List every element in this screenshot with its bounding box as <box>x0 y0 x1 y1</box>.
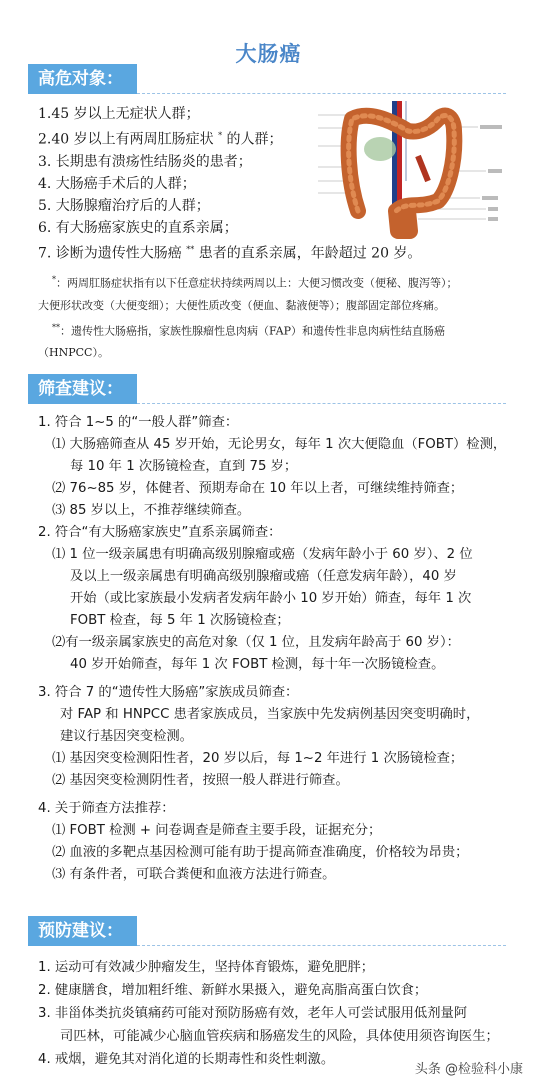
list-item: 开始（或比家族最小发病者发病年龄小 10 岁开始）筛查，每年 1 次 <box>38 588 506 610</box>
colon-anatomy-image <box>318 101 530 239</box>
watermark: 头条 @检验科小康 <box>415 1058 523 1077</box>
section-title: 筛查建议： <box>28 374 137 404</box>
list-item: 对 FAP 和 HNPCC 患者家族成员，当家族中先发病例基因突变明确时， <box>38 704 506 726</box>
list-item: ⑵ 基因突变检测阴性者，按照一般人群进行筛查。 <box>38 770 506 792</box>
footnote-1-cont: 大便形状改变（大便变细）；大便性质改变（便血、黏液便等）；腹部固定部位疼痛。 <box>38 295 508 317</box>
list-item: 每 10 年 1 次肠镜检查，直到 75 岁； <box>38 456 506 478</box>
list-item: ⑴ FOBT 检测 + 问卷调查是筛查主要手段，证据充分； <box>38 820 506 842</box>
section-header-screening: 筛查建议： <box>28 374 506 404</box>
section-header-prevention: 预防建议： <box>28 916 506 946</box>
list-item: ⑵有一级亲属家族史的高危对象（仅 1 位，且发病年龄高于 60 岁）： <box>38 632 506 654</box>
footnote-2: **：遗传性大肠癌指，家族性腺瘤性息肉病（FAP）和遗传性非息肉病性结直肠癌 <box>38 317 508 343</box>
list-item: ⑵ 血液的多靶点基因检测可能有助于提高筛查准确度，价格较为昂贵； <box>38 842 506 864</box>
list-item: FOBT 检查，每 5 年 1 次肠镜检查； <box>38 610 506 632</box>
footnote-2-cont: （HNPCC）。 <box>38 342 508 364</box>
list-item: ⑶ 有条件者，可联合粪便和血液方法进行筛查。 <box>38 864 506 886</box>
section-header-high-risk: 高危对象： <box>28 64 506 94</box>
prevention-list: 1. 运动可有效减少肿瘤发生，坚持体育锻炼，避免肥胖； 2. 健康膳食，增加粗纤… <box>38 956 499 1071</box>
list-item: 4. 关于筛查方法推荐： <box>38 798 506 820</box>
list-item: ⑴ 1 位一级亲属患有明确高级别腺瘤或癌（发病年龄小于 60 岁）、2 位 <box>38 544 506 566</box>
list-item: 司匹林，可能减少心脑血管疾病和肠癌发生的风险，具体使用须咨询医生； <box>38 1025 499 1048</box>
list-item: 3. 非甾体类抗炎镇痛药可能对预防肠癌有效，老年人可尝试服用低剂量阿 <box>38 1002 499 1025</box>
list-item: ⑶ 85 岁以上，不推荐继续筛查。 <box>38 500 506 522</box>
list-item: ⑵ 76~85 岁，体健者、预期寿命在 10 年以上者，可继续维持筛查； <box>38 478 506 500</box>
section-title: 预防建议： <box>28 916 137 946</box>
footnotes: *：两周肛肠症状指有以下任意症状持续两周以上：大便习惯改变（便秘、腹泻等）； 大… <box>38 269 508 364</box>
list-item: 7. 诊断为遗传性大肠癌 ** 患者的直系亲属，年龄超过 20 岁。 <box>38 239 421 265</box>
section-title: 高危对象： <box>28 64 137 94</box>
dashed-divider <box>137 93 506 94</box>
list-item: 3. 符合 7 的“遗传性大肠癌”家族成员筛查： <box>38 682 506 704</box>
list-item: 40 岁开始筛查，每年 1 次 FOBT 检测，每十年一次肠镜检查。 <box>38 654 506 676</box>
list-item: ⑴ 大肠癌筛查从 45 岁开始，无论男女，每年 1 次大便隐血（FOBT）检测， <box>38 434 506 456</box>
list-item: 1. 运动可有效减少肿瘤发生，坚持体育锻炼，避免肥胖； <box>38 956 499 979</box>
dashed-divider <box>137 403 506 404</box>
list-item: 1. 符合 1~5 的“一般人群”筛查： <box>38 412 506 434</box>
screening-list: 1. 符合 1~5 的“一般人群”筛查： ⑴ 大肠癌筛查从 45 岁开始，无论男… <box>38 412 506 886</box>
list-item: 及以上一级亲属患有明确高级别腺瘤或癌（任意发病年龄），40 岁 <box>38 566 506 588</box>
list-item: 建议行基因突变检测。 <box>38 726 506 748</box>
dashed-divider <box>137 945 506 946</box>
footnote-1: *：两周肛肠症状指有以下任意症状持续两周以上：大便习惯改变（便秘、腹泻等）； <box>38 269 508 295</box>
list-item: ⑴ 基因突变检测阳性者，20 岁以后，每 1~2 年进行 1 次肠镜检查； <box>38 748 506 770</box>
list-item: 2. 符合“有大肠癌家族史”直系亲属筛查： <box>38 522 506 544</box>
list-item: 2. 健康膳食，增加粗纤维、新鲜水果摄入，避免高脂高蛋白饮食； <box>38 979 499 1002</box>
